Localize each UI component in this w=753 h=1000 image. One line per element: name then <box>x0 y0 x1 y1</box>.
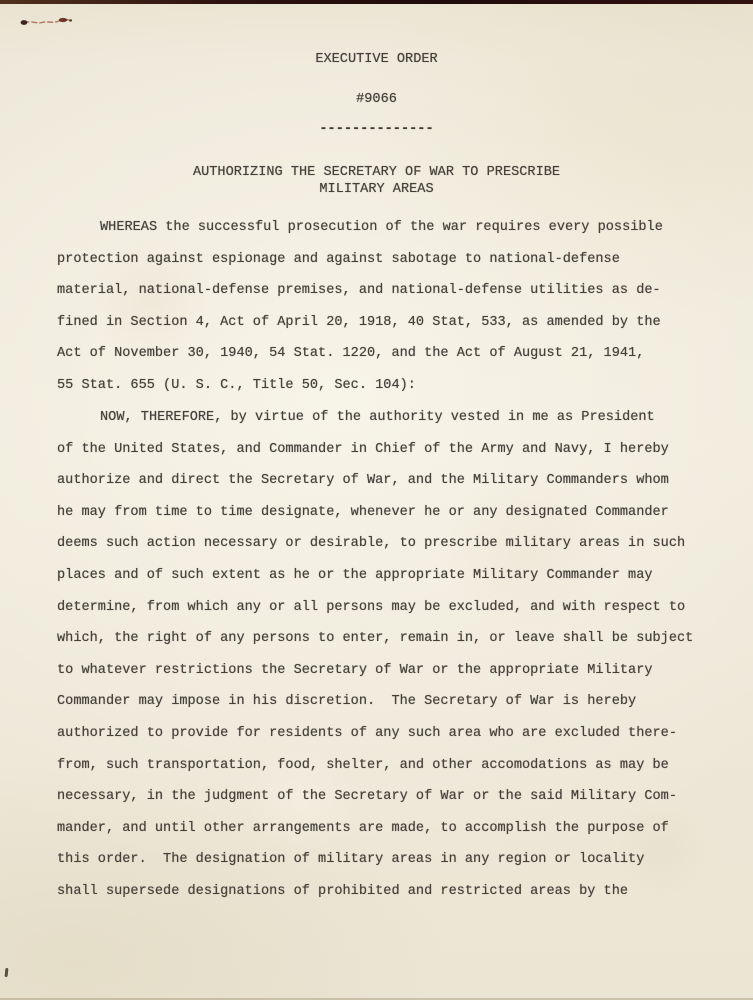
staple-mark-icon <box>18 15 74 29</box>
ink-speck-mark <box>5 968 9 977</box>
order-number: #9066 <box>0 92 753 108</box>
document-page: EXECUTIVE ORDER #9066 -------------- AUT… <box>0 0 753 1000</box>
scan-top-edge <box>0 0 753 4</box>
paragraph-now-therefore: NOW, THEREFORE, by virtue of the authori… <box>57 402 717 908</box>
document-kicker: EXECUTIVE ORDER <box>0 52 753 68</box>
typed-divider-line: -------------- <box>0 122 753 138</box>
paragraph-whereas: WHEREAS the successful prosecution of th… <box>57 212 717 402</box>
document-title: AUTHORIZING THE SECRETARY OF WAR TO PRES… <box>0 164 753 198</box>
